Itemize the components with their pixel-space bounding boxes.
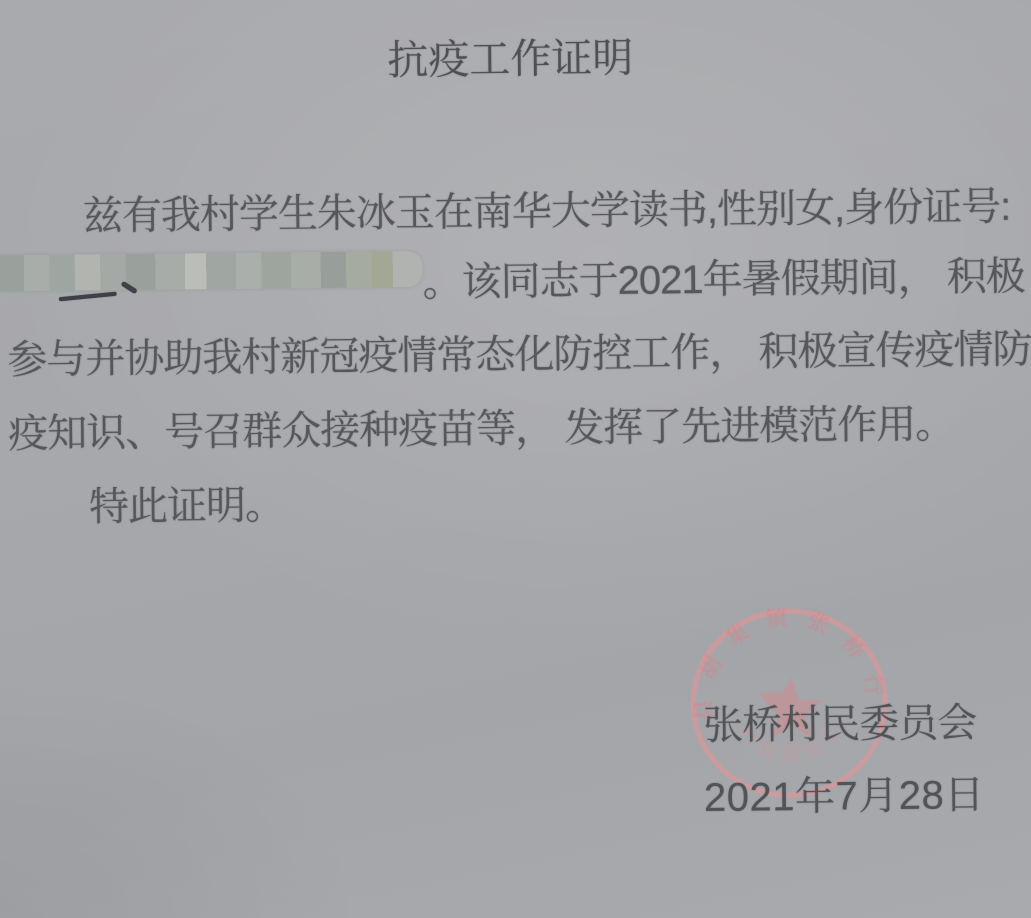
body-line-2: 。该同志于2021年暑假期间， 积极 [422, 245, 1025, 308]
document-photo: 抗疫工作证明 兹有我村学生朱冰玉在南华大学读书,性别女,身份证号: 。该同志于2… [0, 0, 1031, 918]
certificate-page: 抗疫工作证明 兹有我村学生朱冰玉在南华大学读书,性别女,身份证号: 。该同志于2… [0, 0, 1031, 918]
document-title: 抗疫工作证明 [387, 25, 634, 87]
closing-statement: 特此证明。 [89, 473, 285, 532]
committee-name: 张桥村民委员会 [703, 691, 977, 751]
redacted-id-block [0, 251, 423, 291]
body-line-1: 兹有我村学生朱冰玉在南华大学读书,性别女,身份证号: [83, 175, 1011, 242]
redaction-remnant-stroke [59, 292, 117, 302]
body-line-3: 参与并协助我村新冠疫情常态化防控工作， 积极宣传疫情防 [7, 318, 1031, 386]
signature-date: 2021年7月28日 [704, 763, 985, 823]
body-line-4: 疫知识、号召群众接种疫苗等， 发挥了先进模范作用。 [8, 392, 955, 459]
